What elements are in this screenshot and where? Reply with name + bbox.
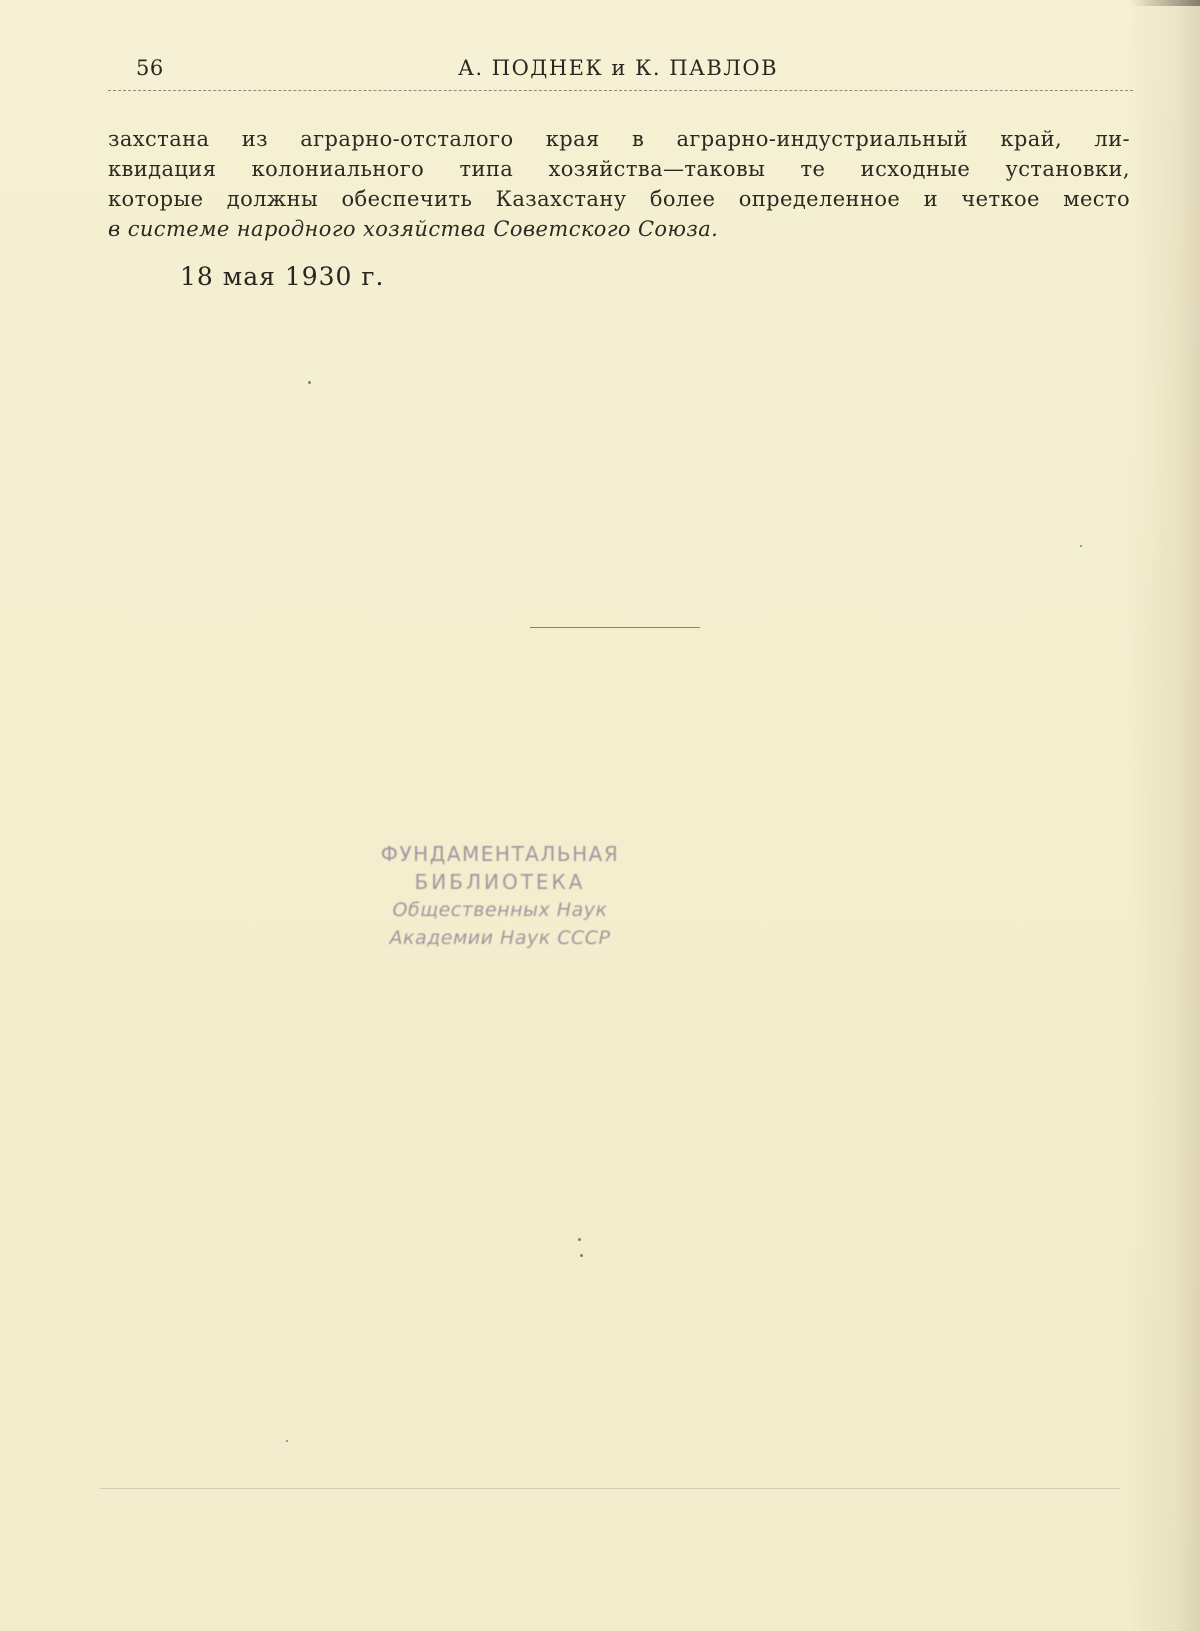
stamp-line: БИБЛИОТЕКА [330,868,670,896]
stamp-line: Общественных Наук [330,896,670,924]
body-line: квидация колониального типа хозяйства—та… [108,154,1130,184]
scan-speck [1080,545,1082,547]
header-rule [108,90,1133,91]
body-line: которые должны обеспечить Казахстану бол… [108,184,1130,214]
body-paragraph: захстана из аграрно-отсталого края в агр… [108,124,1130,244]
page-number: 56 [136,56,164,80]
page-corner-shadow [1130,0,1200,6]
stamp-line: ФУНДАМЕНТАЛЬНАЯ [330,840,670,868]
running-head-title: А. ПОДНЕК и К. ПАВЛОВ [458,56,778,80]
body-line: захстана из аграрно-отсталого края в агр… [108,124,1130,154]
date-line: 18 мая 1930 г. [180,262,384,291]
scan-speck [286,1440,288,1442]
italic-phrase: в системе народного хозяйства Советского… [108,217,718,241]
scan-speck [308,381,311,384]
section-divider [530,627,700,628]
scan-smudge [100,1488,1120,1489]
stamp-line: Академии Наук СССР [330,924,670,952]
scan-speck [578,1238,581,1241]
scan-speck [580,1254,583,1257]
running-head: 56 А. ПОДНЕК и К. ПАВЛОВ [136,56,1136,86]
scanned-page: 56 А. ПОДНЕК и К. ПАВЛОВ захстана из агр… [0,0,1200,1631]
body-line-italic: в системе народного хозяйства Советского… [108,214,1130,244]
library-stamp: ФУНДАМЕНТАЛЬНАЯ БИБЛИОТЕКА Общественных … [330,840,670,952]
